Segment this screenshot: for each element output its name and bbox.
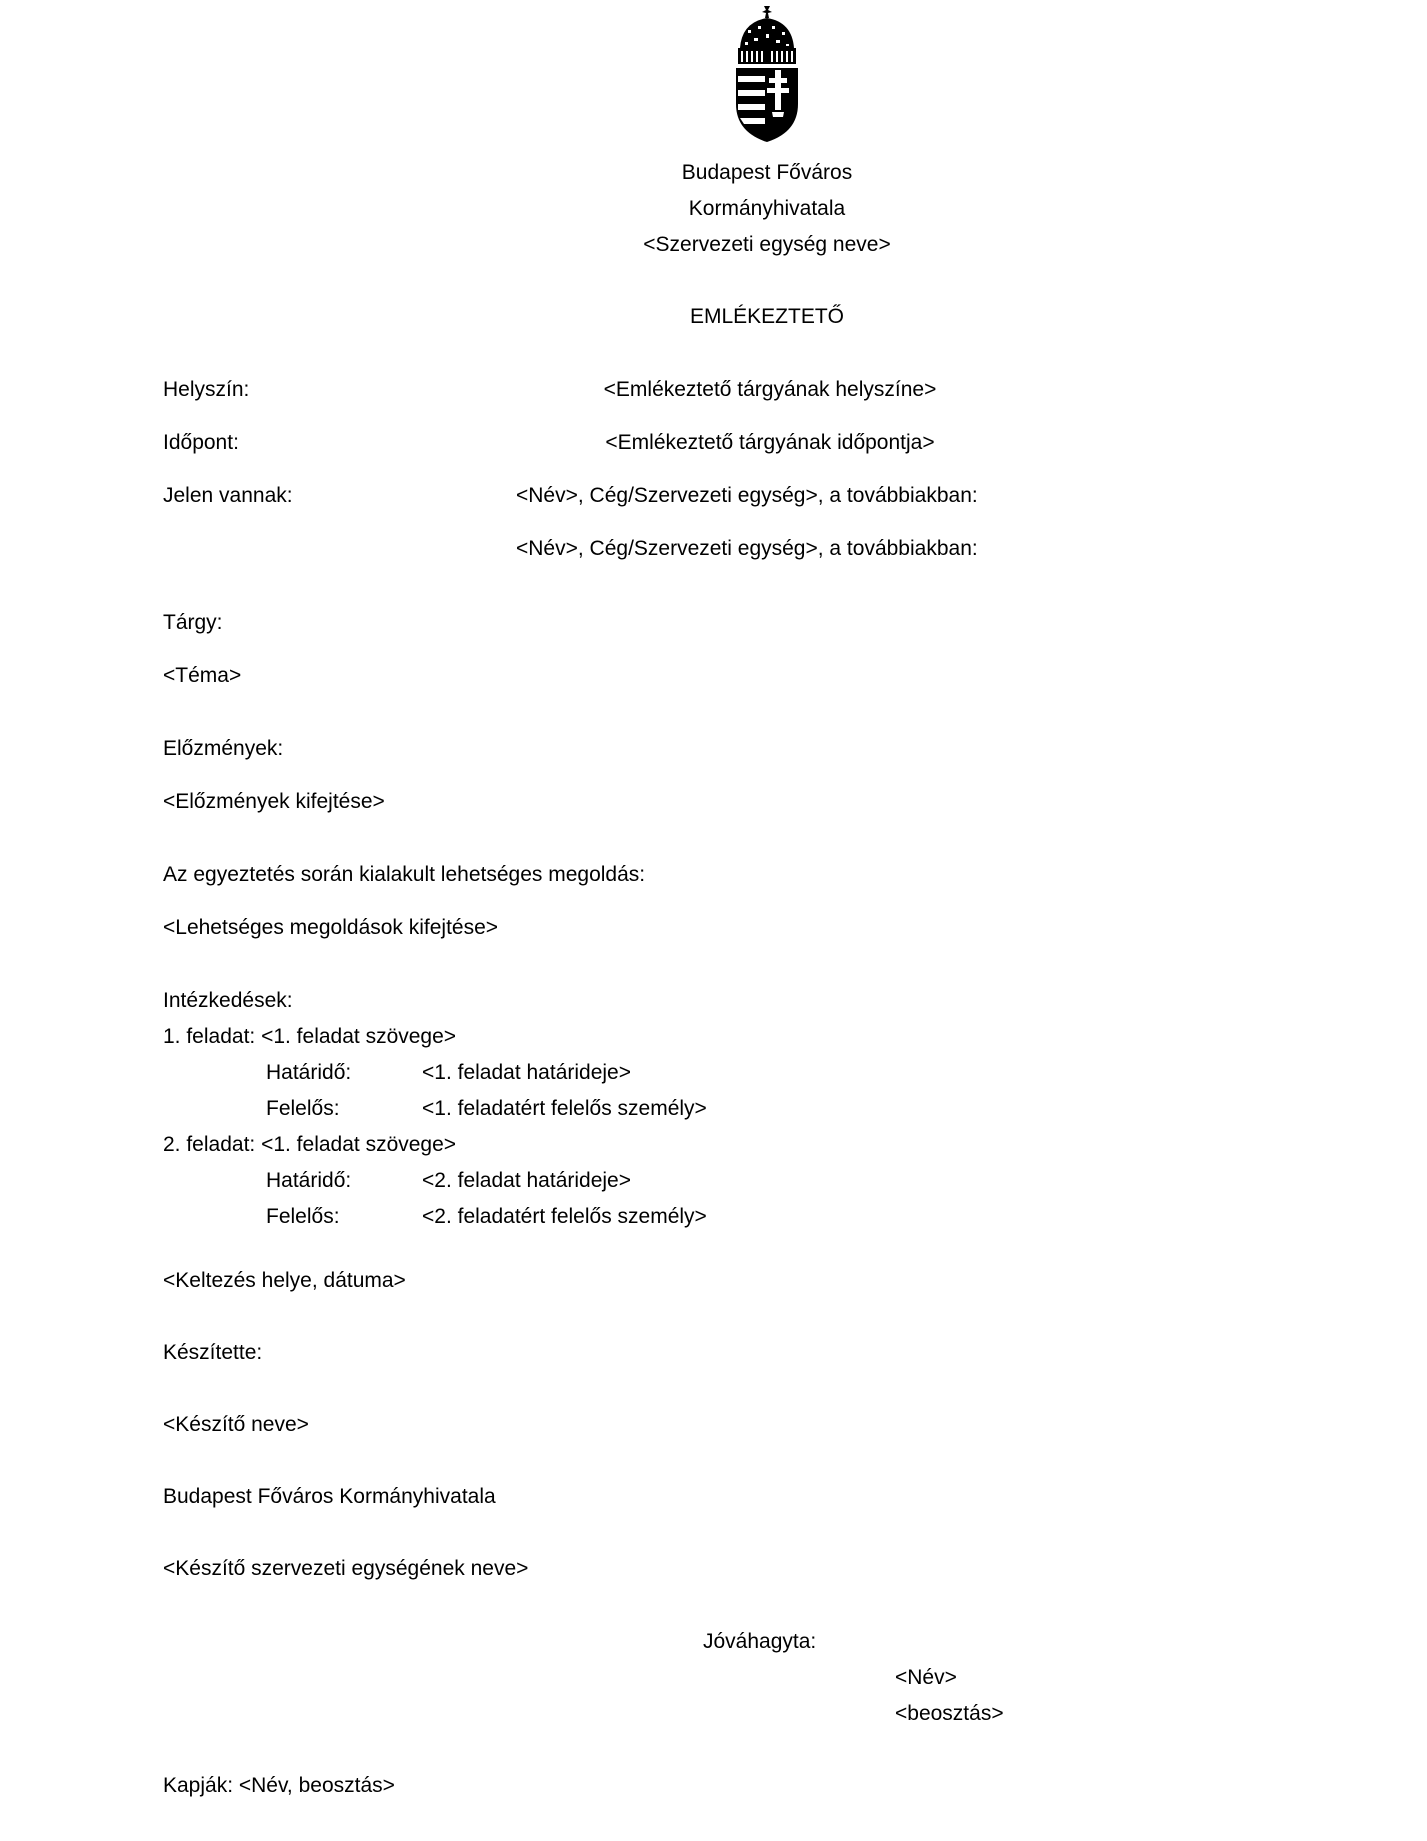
solution-value: <Lehetséges megoldások kifejtése> [163, 917, 498, 938]
time-value: <Emlékeztető tárgyának időpontja> [605, 432, 934, 453]
task-line: 1. feladat: <1. feladat szövege> [163, 1026, 456, 1047]
preparer-org: Budapest Főváros Kormányhivatala [163, 1486, 496, 1507]
approver-position: <beosztás> [895, 1703, 1004, 1724]
preparer-name: <Készítő neve> [163, 1414, 309, 1435]
date-place: <Keltezés helye, dátuma> [163, 1270, 406, 1291]
attendee-item: <Név>, Cég/Szervezeti egység>, a további… [516, 485, 978, 506]
attendees-label: Jelen vannak: [163, 485, 293, 506]
task-deadline-value: <1. feladat határideje> [422, 1062, 631, 1083]
location-label: Helyszín: [163, 379, 249, 400]
task-deadline-label: Határidő: [266, 1170, 351, 1191]
task-deadline-label: Határidő: [266, 1062, 351, 1083]
task-responsible-label: Felelős: [266, 1098, 340, 1119]
task-responsible-label: Felelős: [266, 1206, 340, 1227]
task-line: 2. feladat: <1. feladat szövege> [163, 1134, 456, 1155]
subject-label: Tárgy: [163, 612, 223, 633]
task-responsible-value: <2. feladatért felelős személy> [422, 1206, 707, 1227]
approver-name: <Név> [895, 1667, 957, 1688]
document-title: EMLÉKEZTETŐ [690, 306, 844, 327]
org-name-line1: Budapest Főváros [682, 162, 852, 183]
task-responsible-value: <1. feladatért felelős személy> [422, 1098, 707, 1119]
subject-value: <Téma> [163, 665, 241, 686]
background-label: Előzmények: [163, 738, 283, 759]
background-value: <Előzmények kifejtése> [163, 791, 385, 812]
actions-label: Intézkedések: [163, 990, 293, 1011]
solution-label: Az egyeztetés során kialakult lehetséges… [163, 864, 645, 885]
approved-label: Jóváhagyta: [703, 1631, 816, 1652]
time-label: Időpont: [163, 432, 239, 453]
prepared-by-label: Készítette: [163, 1342, 262, 1363]
hungarian-coat-of-arms-icon [728, 4, 806, 144]
org-unit: <Szervezeti egység neve> [643, 234, 891, 255]
recipients: Kapják: <Név, beosztás> [163, 1775, 395, 1796]
preparer-unit: <Készítő szervezeti egységének neve> [163, 1558, 528, 1579]
task-deadline-value: <2. feladat határideje> [422, 1170, 631, 1191]
location-value: <Emlékeztető tárgyának helyszíne> [604, 379, 937, 400]
org-name-line2: Kormányhivatala [689, 198, 845, 219]
attendee-item: <Név>, Cég/Szervezeti egység>, a további… [516, 538, 978, 559]
